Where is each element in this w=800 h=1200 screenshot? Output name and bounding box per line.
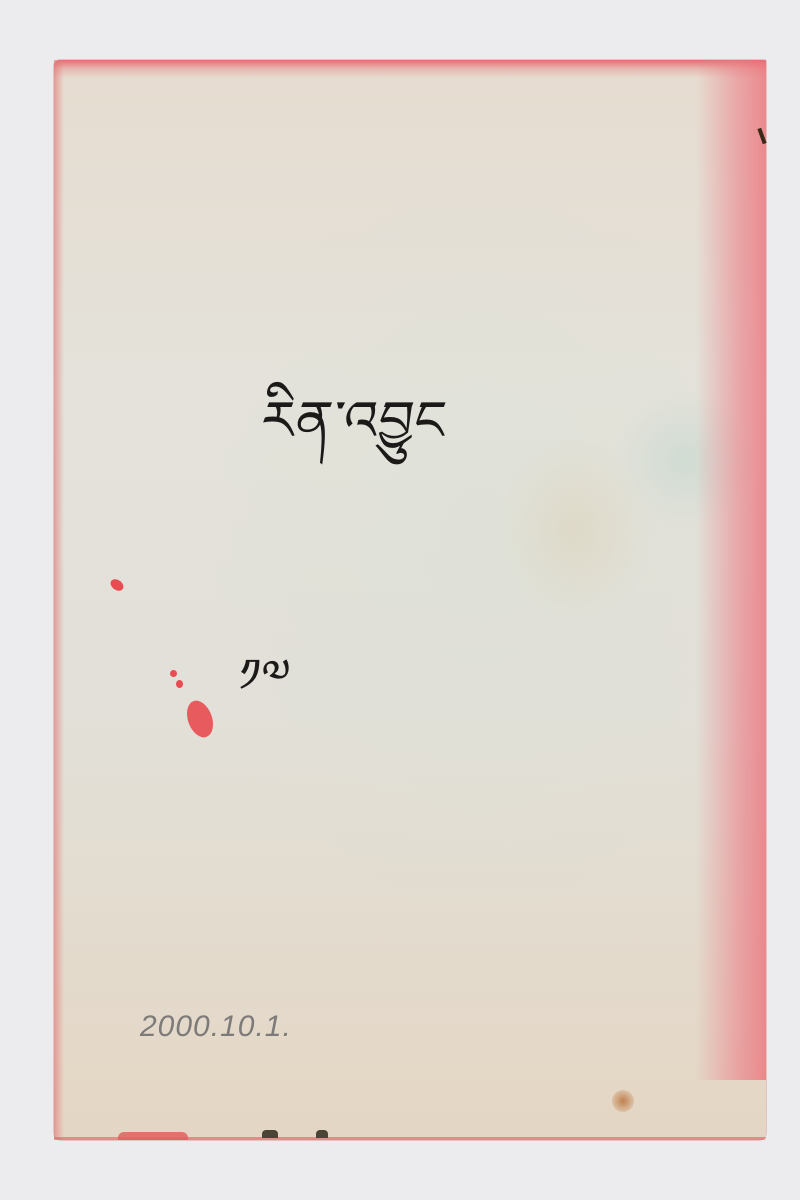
red-paint-spot — [182, 697, 218, 741]
red-stained-top-edge — [54, 60, 766, 78]
pencil-accession-number: 2000.10.1. — [140, 1010, 292, 1044]
brown-stain — [612, 1090, 634, 1112]
tibetan-title-inscription: རིན་འབྱུང — [248, 360, 455, 512]
dark-mark — [316, 1130, 328, 1138]
dark-mark — [262, 1130, 278, 1138]
red-paint-spot — [176, 680, 183, 688]
red-paint-spot — [170, 670, 177, 677]
red-paint-spot — [108, 577, 125, 593]
manuscript-card: རིན་འབྱུང ༡༧ 2000.10.1. — [54, 60, 766, 1140]
red-stained-left-edge — [54, 60, 64, 1140]
red-stained-right-edge — [696, 60, 766, 1080]
tibetan-numeral-inscription: ༡༧ — [239, 625, 291, 754]
red-stain-bottom — [118, 1132, 188, 1140]
